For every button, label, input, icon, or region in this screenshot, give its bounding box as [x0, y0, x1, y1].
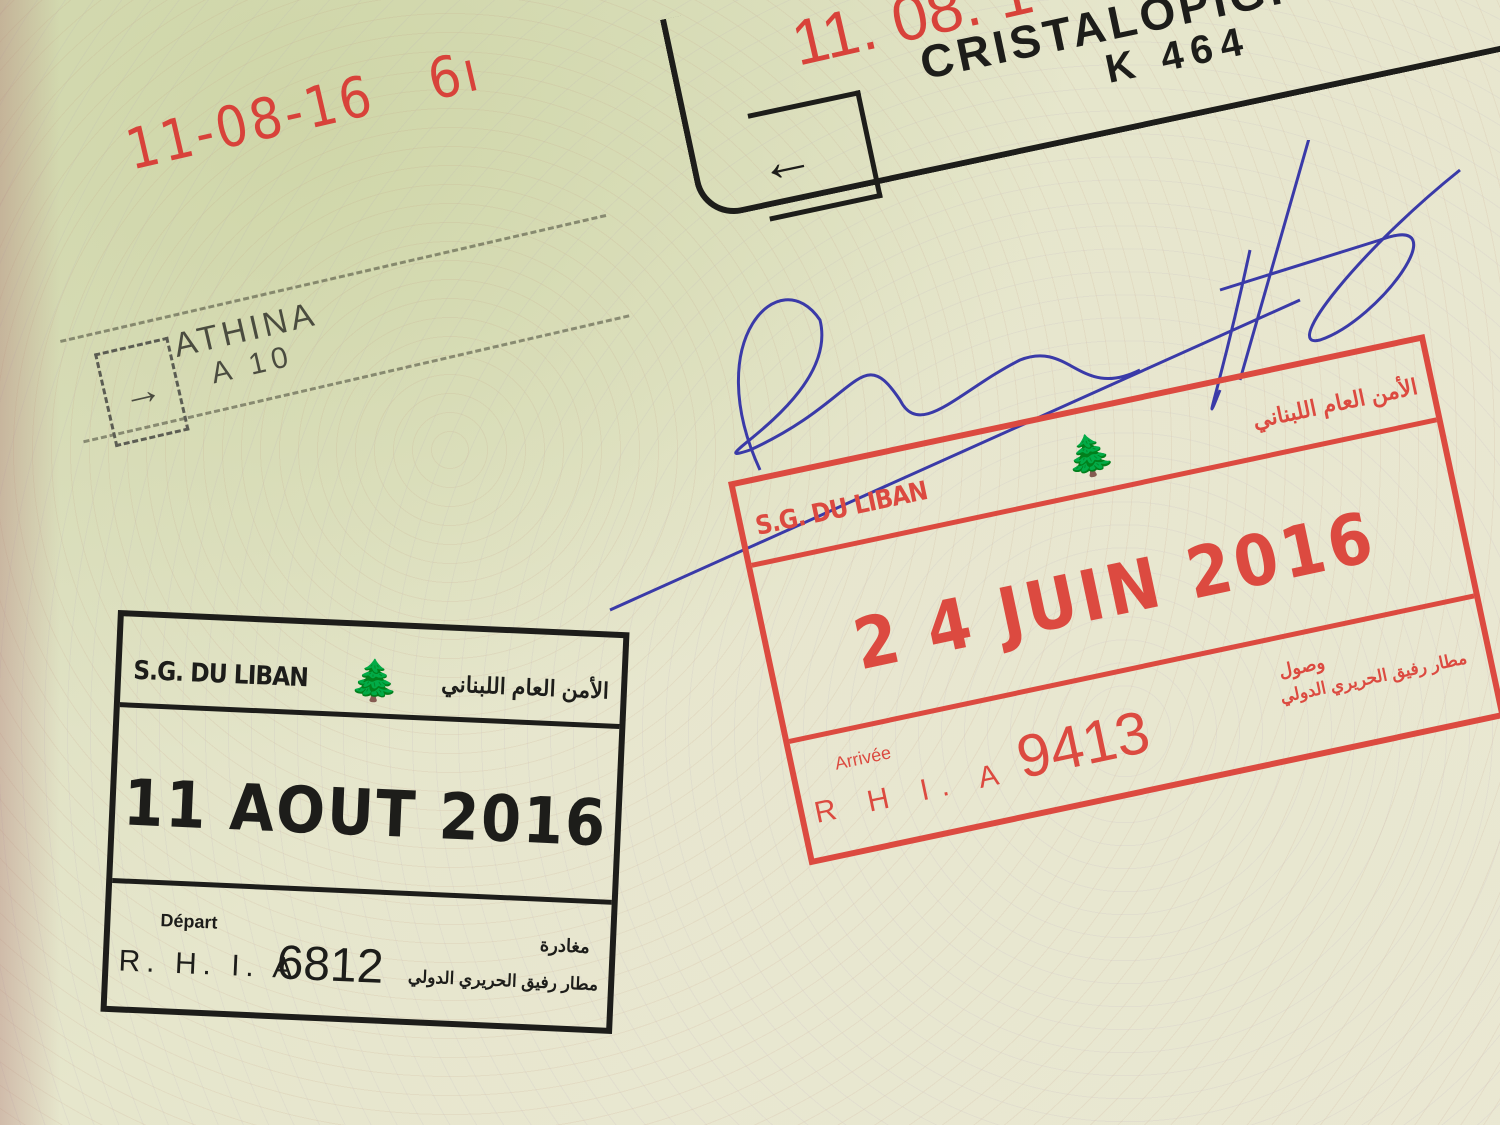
stamp-direction-arabic: وصول: [1277, 652, 1327, 682]
stamp-direction: Départ: [160, 910, 218, 933]
stamp-org-arabic: الأمن العام اللبناني: [441, 671, 610, 704]
cedar-icon: 🌲: [349, 660, 401, 702]
stamp-number: 9413: [1011, 697, 1156, 792]
cedar-icon: 🌲: [1061, 431, 1118, 480]
stamp-footer: Départ R. H. I. A 6812 مغادرة مطار رفيق …: [107, 896, 611, 1028]
exit-arrow-icon: ←: [747, 90, 882, 222]
stamp-airport: R. H. I. A: [118, 944, 299, 986]
stamp-number: 6812: [276, 935, 385, 995]
stamp-direction: Arrivée: [833, 742, 893, 774]
stamp-org: S.G. DU LIBAN: [133, 656, 309, 694]
stamp-date: 11 AOUT 2016: [114, 766, 617, 862]
page-edge: [0, 0, 60, 1125]
stamp-airport-arabic: مطار رفيق الحريري الدولي: [408, 967, 599, 995]
lebanon-departure-stamp: S.G. DU LIBAN 🌲 الأمن العام اللبناني 11 …: [100, 610, 629, 1034]
stamp-direction-arabic: مغادرة: [539, 935, 590, 958]
